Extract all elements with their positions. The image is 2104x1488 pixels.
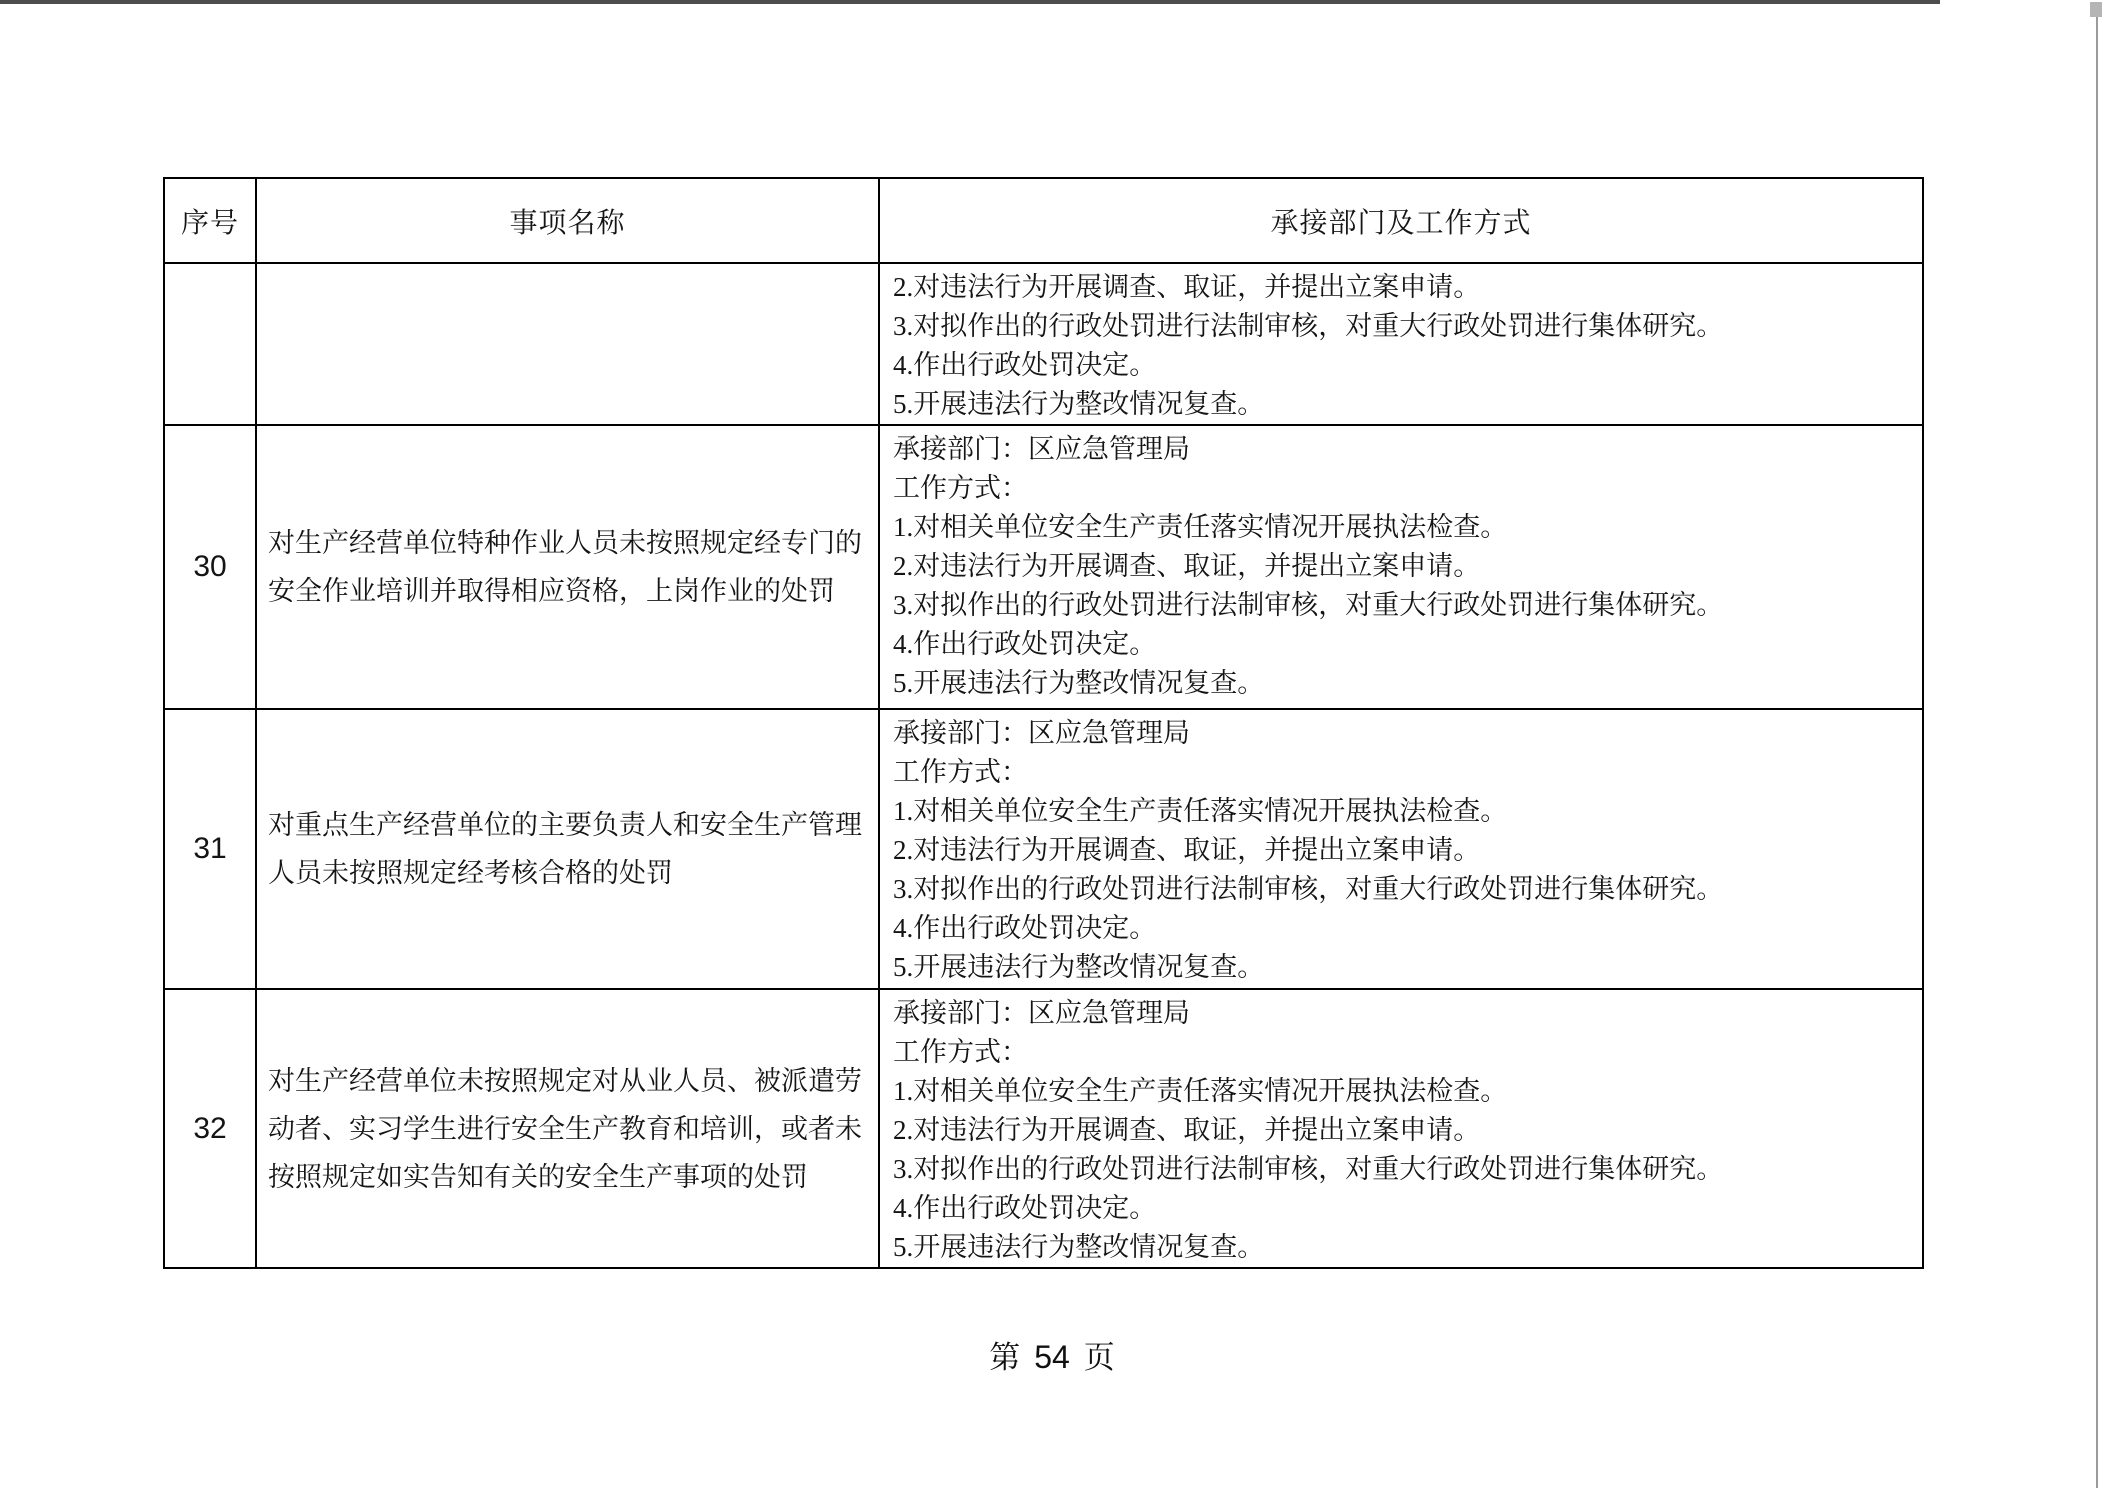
header-cell-department-method: 承接部门及工作方式 [879, 178, 1923, 263]
work-method-cell: 2.对违法行为开展调查、取证，并提出立案申请。 3.对拟作出的行政处罚进行法制审… [879, 263, 1923, 425]
window-right-edge-line [2096, 4, 2098, 1488]
row-number-cell: 31 [164, 709, 256, 989]
work-method-line: 工作方式： [893, 1033, 1914, 1072]
work-method-line: 5.开展违法行为整改情况复查。 [893, 1228, 1914, 1267]
work-method-line: 2.对违法行为开展调查、取证，并提出立案申请。 [893, 547, 1914, 586]
work-method-line: 2.对违法行为开展调查、取证，并提出立案申请。 [893, 268, 1914, 307]
work-method-line: 5.开展违法行为整改情况复查。 [893, 385, 1914, 424]
work-method-line: 3.对拟作出的行政处罚进行法制审核，对重大行政处罚进行集体研究。 [893, 1150, 1914, 1189]
work-method-line: 1.对相关单位安全生产责任落实情况开展执法检查。 [893, 792, 1914, 831]
work-method-line: 4.作出行政处罚决定。 [893, 625, 1914, 664]
work-method-line: 3.对拟作出的行政处罚进行法制审核，对重大行政处罚进行集体研究。 [893, 870, 1914, 909]
work-method-line: 2.对违法行为开展调查、取证，并提出立案申请。 [893, 1111, 1914, 1150]
work-method-line: 2.对违法行为开展调查、取证，并提出立案申请。 [893, 831, 1914, 870]
footer-label-suffix: 页 [1084, 1340, 1115, 1375]
work-method-line: 工作方式： [893, 469, 1914, 508]
table-row-32: 32 对生产经营单位未按照规定对从业人员、被派遣劳动者、实习学生进行安全生产教育… [164, 989, 1923, 1268]
work-method-line: 承接部门：区应急管理局 [893, 994, 1914, 1033]
table-row-30: 30 对生产经营单位特种作业人员未按照规定经专门的安全作业培训并取得相应资格，上… [164, 425, 1923, 709]
work-method-line: 承接部门：区应急管理局 [893, 430, 1914, 469]
header-cell-index: 序号 [164, 178, 256, 263]
item-name-cell: 对生产经营单位特种作业人员未按照规定经专门的安全作业培训并取得相应资格，上岗作业… [256, 425, 879, 709]
window-top-edge-line [0, 0, 1940, 4]
table-row-continuation: 2.对违法行为开展调查、取证，并提出立案申请。 3.对拟作出的行政处罚进行法制审… [164, 263, 1923, 425]
item-name-cell: 对生产经营单位未按照规定对从业人员、被派遣劳动者、实习学生进行安全生产教育和培训… [256, 989, 879, 1268]
footer-label-prefix: 第 [989, 1340, 1020, 1375]
work-method-cell: 承接部门：区应急管理局 工作方式： 1.对相关单位安全生产责任落实情况开展执法检… [879, 425, 1923, 709]
item-name-cell: 对重点生产经营单位的主要负责人和安全生产管理人员未按照规定经考核合格的处罚 [256, 709, 879, 989]
item-name-cell [256, 263, 879, 425]
work-method-line: 5.开展违法行为整改情况复查。 [893, 948, 1914, 987]
table-header-row: 序号 事项名称 承接部门及工作方式 [164, 178, 1923, 263]
work-method-cell: 承接部门：区应急管理局 工作方式： 1.对相关单位安全生产责任落实情况开展执法检… [879, 989, 1923, 1268]
row-number-cell: 30 [164, 425, 256, 709]
work-method-line: 工作方式： [893, 753, 1914, 792]
footer-page-number: 54 [1034, 1339, 1070, 1375]
work-method-line: 4.作出行政处罚决定。 [893, 909, 1914, 948]
work-method-line: 4.作出行政处罚决定。 [893, 1189, 1914, 1228]
penalty-items-table: 序号 事项名称 承接部门及工作方式 2.对违法行为开展调查、取证，并提出立案申请… [163, 177, 1924, 1269]
work-method-line: 3.对拟作出的行政处罚进行法制审核，对重大行政处罚进行集体研究。 [893, 586, 1914, 625]
work-method-cell: 承接部门：区应急管理局 工作方式： 1.对相关单位安全生产责任落实情况开展执法检… [879, 709, 1923, 989]
table-row-31: 31 对重点生产经营单位的主要负责人和安全生产管理人员未按照规定经考核合格的处罚… [164, 709, 1923, 989]
row-number-cell: 32 [164, 989, 256, 1268]
work-method-line: 1.对相关单位安全生产责任落实情况开展执法检查。 [893, 508, 1914, 547]
row-number-cell [164, 263, 256, 425]
page-footer: 第54页 [0, 1332, 2104, 1377]
work-method-line: 承接部门：区应急管理局 [893, 714, 1914, 753]
work-method-line: 3.对拟作出的行政处罚进行法制审核，对重大行政处罚进行集体研究。 [893, 307, 1914, 346]
header-cell-item-name: 事项名称 [256, 178, 879, 263]
window-corner-artifact [2090, 2, 2102, 17]
work-method-line: 4.作出行政处罚决定。 [893, 346, 1914, 385]
work-method-line: 1.对相关单位安全生产责任落实情况开展执法检查。 [893, 1072, 1914, 1111]
work-method-line: 5.开展违法行为整改情况复查。 [893, 664, 1914, 703]
